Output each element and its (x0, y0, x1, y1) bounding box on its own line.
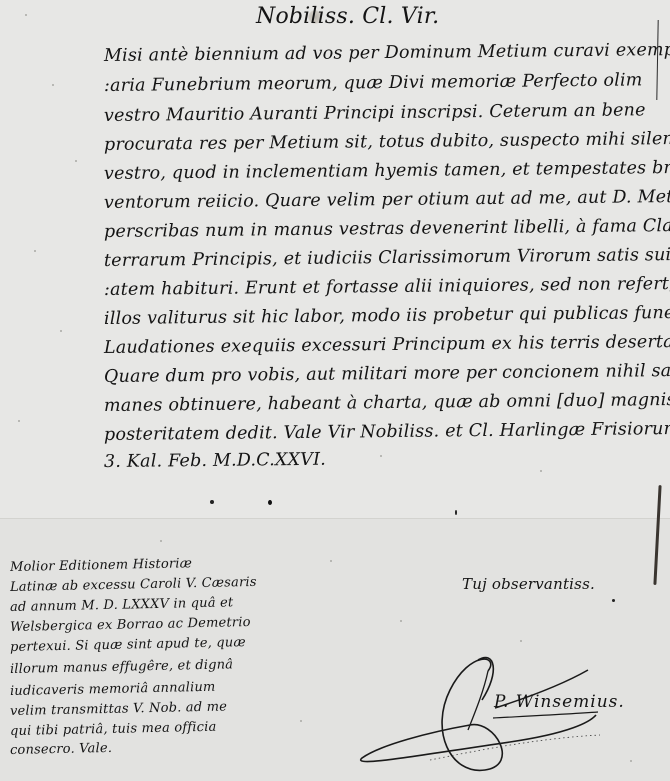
signature-flourish-icon (0, 0, 670, 781)
signature: P. Winsemius. (494, 692, 625, 712)
manuscript-page: Nobiliss. Cl. Vir. Misi antè biennium ad… (0, 0, 670, 781)
